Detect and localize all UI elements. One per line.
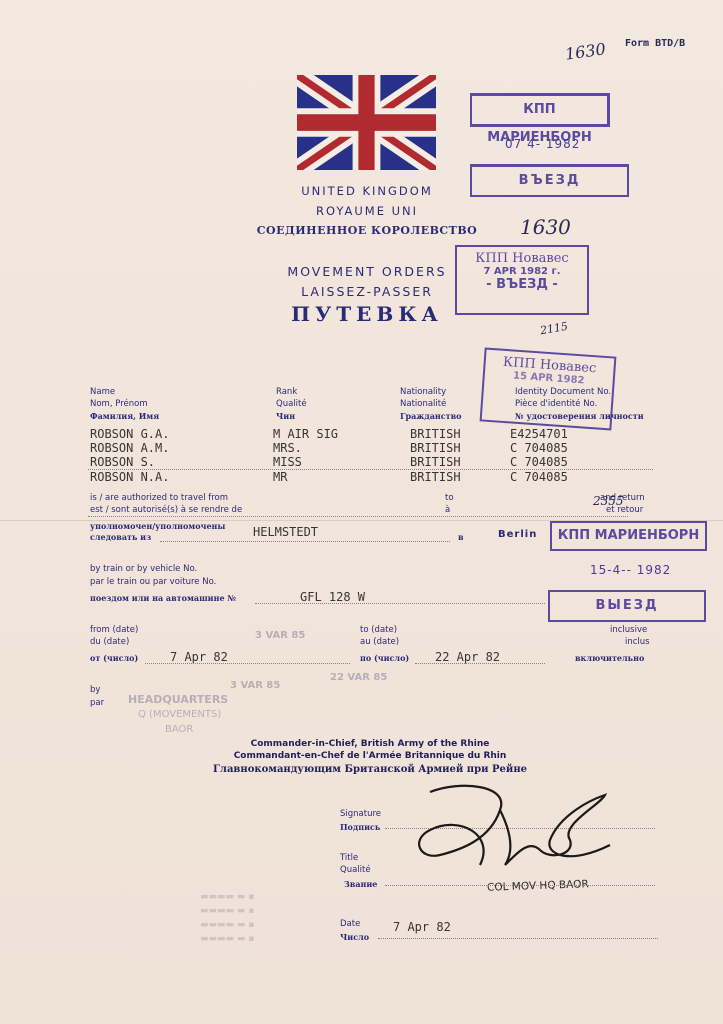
cell-doc: E4254701: [510, 427, 568, 441]
stamp-date: 7 APR 1982 г.: [457, 266, 587, 277]
date-from-value: 7 Apr 82: [170, 650, 228, 664]
travel-to-label-ru: в: [458, 531, 464, 543]
date-label-en: Date: [340, 918, 360, 930]
travel-to-label-fr: à: [445, 504, 450, 516]
vehicle-label-fr: par le train ou par voiture No.: [90, 576, 216, 588]
country-title-en: UNITED KINGDOM: [260, 184, 474, 198]
stamp-entry-label: - ВЪЕЗД -: [457, 277, 587, 292]
cell-name: ROBSON G.A.: [90, 427, 169, 441]
travel-from-label-fr: est / sont autorisé(s) à se rendre de: [90, 504, 242, 516]
inclusive-label-fr: inclus: [625, 636, 650, 648]
stamp-nowawes-1: КПП Новавес 7 APR 1982 г. - ВЪЕЗД -: [455, 245, 589, 315]
vehicle-label-en: by train or by vehicle No.: [90, 563, 197, 575]
title-label-ru: Звание: [344, 878, 377, 890]
stamp-marienborn-bottom-date: 15-4-- 1982: [590, 563, 671, 577]
faded-date-stamp: 3 VAR 85: [230, 680, 280, 691]
cell-rank: M AIR SIG: [273, 427, 338, 441]
union-jack-flag-icon: [297, 75, 436, 170]
faded-hq-stamp-line-2: Q (MOVEMENTS): [138, 709, 221, 720]
signature-label-en: Signature: [340, 808, 381, 820]
doc-title-en: MOVEMENT ORDERS: [260, 264, 474, 279]
vehicle-label-ru: поездом или на автомашине №: [90, 592, 236, 604]
header-fr: Qualité: [276, 398, 307, 410]
faded-date-stamp: 3 VAR 85: [255, 630, 305, 641]
cell-rank: MR: [273, 470, 287, 484]
stamp-checkpoint-name: КПП Новавес: [457, 251, 587, 266]
column-header-name: Name Nom, Prénom Фамилия, Имя: [90, 386, 159, 422]
row-divider: [88, 516, 628, 517]
column-header-id-document: Identity Document No. Pièce d'identité N…: [515, 386, 644, 422]
travel-from-label-en: is / are authorized to travel from: [90, 492, 228, 504]
title-label-fr: Qualité: [340, 864, 371, 876]
header-ru: Чин: [276, 410, 307, 422]
table-row: ROBSON G.A. M AIR SIG BRITISH E4254701: [90, 427, 650, 441]
travel-to-value: Berlin: [498, 529, 537, 540]
field-line: [160, 541, 450, 542]
header-en: Nationality: [400, 386, 461, 398]
travel-to-label-en: to: [445, 492, 454, 504]
country-title-ru: СОЕДИНЕННОЕ КОРОЛЕВСТВО: [250, 224, 484, 237]
field-line: [255, 603, 545, 604]
authority-fr: Commandant-en-Chef de l'Armée Britanniqu…: [160, 751, 580, 761]
stamp-checkpoint-name: КПП МАРИЕНБОРН: [558, 528, 699, 543]
date-to-label-en: to (date): [360, 624, 397, 636]
stamp-exit-label: ВЫЕЗД: [595, 598, 658, 613]
doc-title-ru: ПУТЕВКА: [260, 302, 474, 326]
cell-rank: MRS.: [273, 441, 302, 455]
header-en: Name: [90, 386, 159, 398]
cell-name: ROBSON A.M.: [90, 441, 169, 455]
header-ru: Гражданство: [400, 410, 461, 422]
cell-nationality: BRITISH: [410, 441, 461, 455]
date-from-label-en: from (date): [90, 624, 138, 636]
cell-doc: C 704085: [510, 470, 568, 484]
authority-en: Commander-in-Chief, British Army of the …: [160, 739, 580, 749]
header-fr: Nom, Prénom: [90, 398, 159, 410]
field-line: [378, 938, 658, 939]
header-fr: Pièce d'identité No.: [515, 398, 644, 410]
cell-name: ROBSON S.: [90, 455, 155, 469]
date-from-label-fr: du (date): [90, 636, 129, 648]
field-line: [415, 663, 545, 664]
table-row: ROBSON A.M. MRS. BRITISH C 704085: [90, 441, 650, 455]
faded-background-text: ▬▬▬▬ ▬ ▪▬▬▬▬ ▬ ▪▬▬▬▬ ▬ ▪▬▬▬▬ ▬ ▪: [200, 890, 290, 950]
country-title-fr: ROYAUME UNI: [260, 204, 474, 218]
date-to-label-ru: по (число): [360, 652, 409, 664]
date-label-ru: Число: [340, 931, 369, 943]
stamp-marienborn-top-date: 07 4- 1982: [505, 137, 580, 151]
table-row: ROBSON N.A. MR BRITISH C 704085: [90, 470, 650, 484]
cell-name: ROBSON N.A.: [90, 470, 169, 484]
signature-label-ru: Подпись: [340, 821, 380, 833]
field-line: [145, 663, 350, 664]
date-value: 7 Apr 82: [393, 920, 451, 934]
handwritten-number-mid: 1630: [520, 215, 571, 239]
stamp-entry-top: ВЪЕЗД: [470, 164, 629, 197]
faded-hq-stamp-line-1: HEADQUARTERS: [128, 693, 228, 706]
handwritten-return-number: 2355: [593, 494, 624, 508]
header-en: Rank: [276, 386, 307, 398]
column-header-nationality: Nationality Nationalité Гражданство: [400, 386, 461, 422]
vehicle-value: GFL 128 W: [300, 590, 365, 604]
cell-doc: C 704085: [510, 455, 568, 469]
travel-from-value: HELMSTEDT: [253, 525, 318, 539]
cell-nationality: BRITISH: [410, 470, 461, 484]
header-en: Identity Document No.: [515, 386, 644, 398]
date-from-label-ru: от (число): [90, 652, 138, 664]
by-label-fr: par: [90, 697, 104, 709]
doc-title-fr: LAISSEZ-PASSER: [260, 284, 474, 299]
inclusive-label-ru: включительно: [575, 652, 644, 664]
stamp-marienborn-bottom: КПП МАРИЕНБОРН: [550, 521, 707, 551]
column-header-rank: Rank Qualité Чин: [276, 386, 307, 422]
form-id: Form BTD/B: [625, 38, 685, 49]
cell-nationality: BRITISH: [410, 427, 461, 441]
authority-ru: Главнокомандующим Британской Армией при …: [160, 764, 580, 775]
header-ru: Фамилия, Имя: [90, 410, 159, 422]
stamp-marienborn-top: КПП МАРИЕНБОРН: [470, 93, 610, 127]
stamp-entry-label: ВЪЕЗД: [519, 173, 581, 188]
cell-doc: C 704085: [510, 441, 568, 455]
inclusive-label-en: inclusive: [610, 624, 647, 636]
date-to-label-fr: au (date): [360, 636, 399, 648]
title-label-en: Title: [340, 852, 358, 864]
stamp-exit: ВЫЕЗД: [548, 590, 706, 622]
faded-hq-stamp-line-3: BAOR: [165, 724, 193, 735]
date-to-value: 22 Apr 82: [435, 650, 500, 664]
table-row: ROBSON S. MISS BRITISH C 704085: [90, 455, 650, 469]
header-ru: № удостоверения личности: [515, 410, 644, 422]
field-line: [385, 885, 655, 886]
cell-rank: MISS: [273, 455, 302, 469]
travel-from-label-ru-2: следовать из: [90, 531, 151, 543]
header-fr: Nationalité: [400, 398, 461, 410]
faded-date-stamp: 22 VAR 85: [330, 672, 387, 683]
cell-nationality: BRITISH: [410, 455, 461, 469]
signature-scribble-icon: [400, 780, 620, 870]
by-label-en: by: [90, 684, 100, 696]
